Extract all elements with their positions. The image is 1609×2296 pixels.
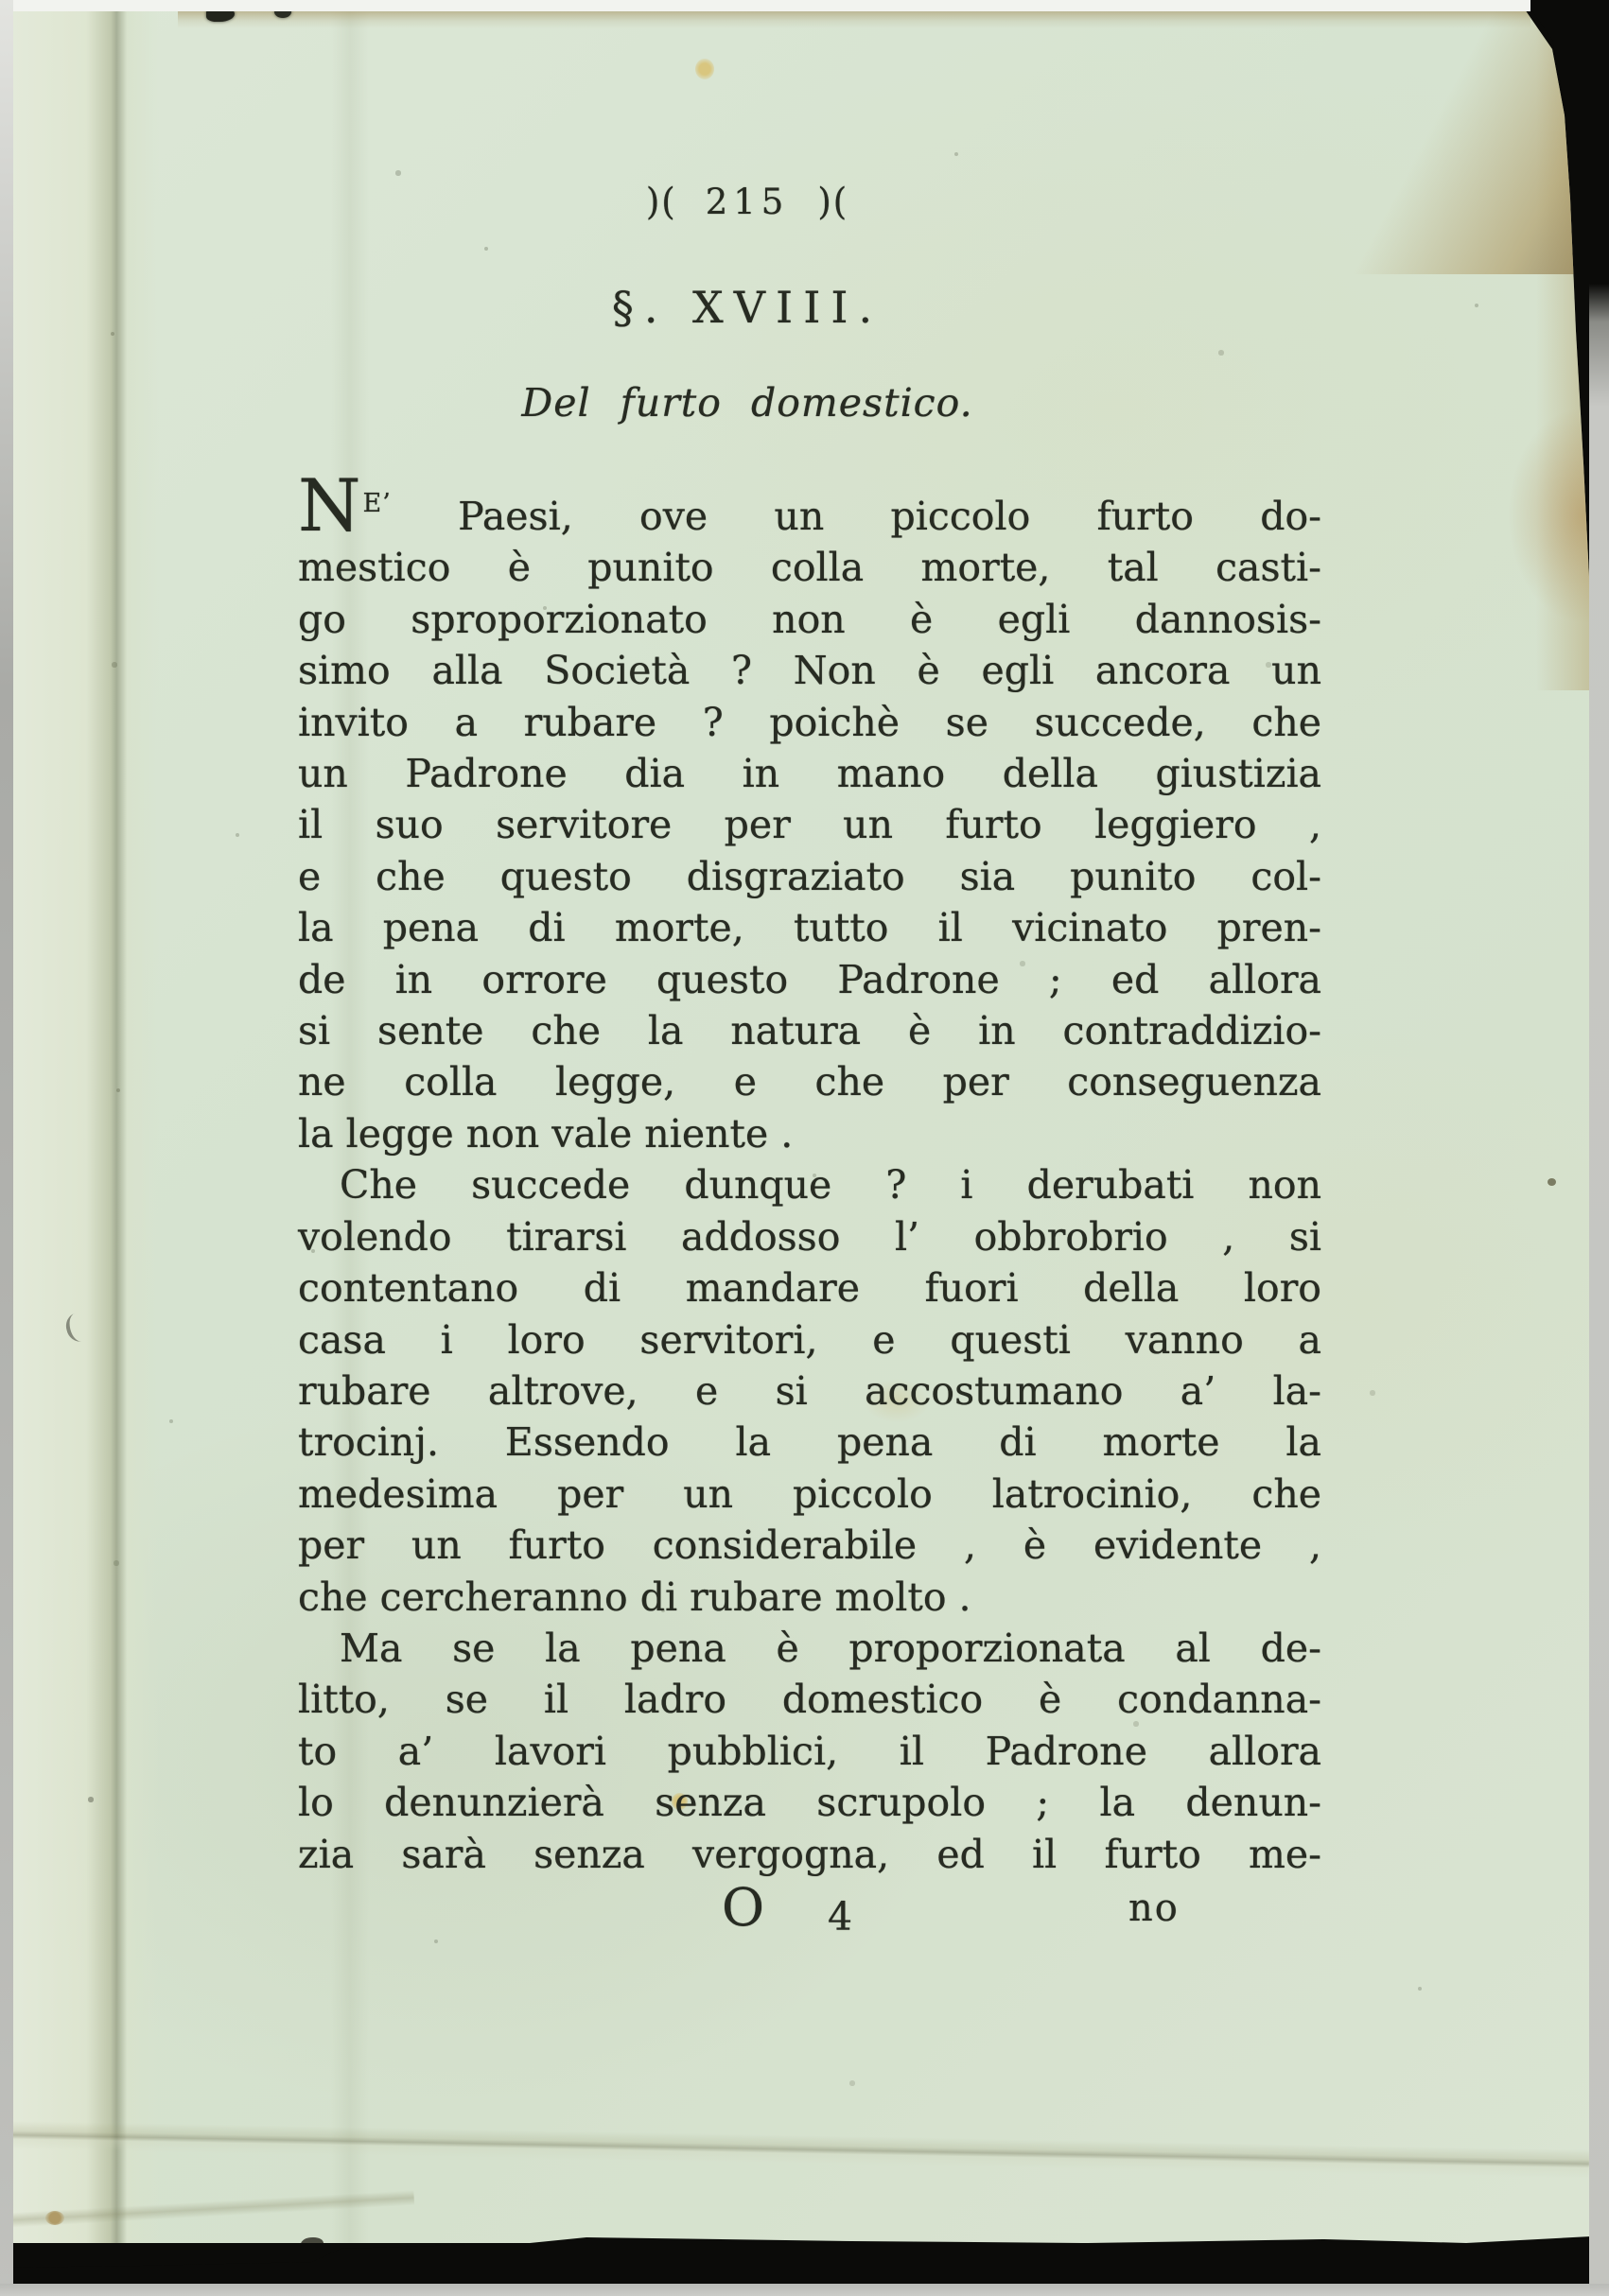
text-line: go sproporzionato non è egli dannosis- — [298, 594, 1321, 645]
text-line: la legge non vale niente . — [298, 1108, 1321, 1159]
text-line: litto, se il ladro domestico è condanna- — [298, 1674, 1321, 1725]
drop-cap-initial: N — [298, 463, 363, 548]
body-text-block: NE’ Paesi, ove un piccolo furto do-mesti… — [298, 491, 1321, 1880]
header-right-ornament: )( — [817, 181, 848, 223]
text-line: per un furto considerabile , è evidente … — [298, 1520, 1321, 1571]
raised-capital: E’ — [363, 489, 392, 518]
text-line: contentano di mandare fuori della loro — [298, 1262, 1321, 1313]
text-line: Che succede dunque ? i derubati non — [298, 1159, 1321, 1210]
scanned-book-page: )(215)( §. XVIII. Del furto domestico. N… — [0, 0, 1609, 2296]
text-line: trocinj. Essendo la pena di morte la — [298, 1417, 1321, 1468]
decorative-stain — [45, 2211, 64, 2225]
scanner-right-strip — [1589, 0, 1609, 2296]
right-edge-blotch — [1508, 407, 1589, 624]
text-line: zia sarà senza vergogna, ed il furto me- — [298, 1829, 1321, 1880]
text-line: si sente che la natura è in contraddizio… — [298, 1005, 1321, 1056]
bottom-crease — [8, 2121, 1589, 2179]
text-line: NE’ Paesi, ove un piccolo furto do- — [298, 491, 1321, 542]
decorative-stain — [1548, 1178, 1556, 1186]
text-line: mestico è punito colla morte, tal casti- — [298, 542, 1321, 593]
text-line: e che questo disgraziato sia punito col- — [298, 851, 1321, 902]
text-line: medesima per un piccolo latrocinio, che — [298, 1469, 1321, 1520]
text-line: la pena di morte, tutto il vicinato pren… — [298, 902, 1321, 953]
catchword: no — [1128, 1889, 1180, 1927]
gutter-fold — [8, 9, 159, 2243]
decorative-stain — [301, 2237, 324, 2251]
scanner-left-strip — [0, 0, 13, 2296]
page-number: 215 — [706, 182, 790, 222]
text-line: che cercheranno di rubare molto . — [298, 1572, 1321, 1623]
page-paper: )(215)( §. XVIII. Del furto domestico. N… — [8, 9, 1589, 2243]
text-line: casa i loro servitori, e questi vanno a — [298, 1314, 1321, 1365]
text-line: il suo servitore per un furto leggiero , — [298, 799, 1321, 850]
signature-number: 4 — [828, 1898, 852, 1937]
decorative-stain — [695, 59, 714, 79]
page-header: )(215)( — [284, 182, 1211, 222]
scanner-bottom-strip — [0, 2284, 1609, 2296]
section-heading: §. XVIII. — [284, 282, 1211, 333]
text-line: volendo tirarsi addosso l’ obbrobrio , s… — [298, 1211, 1321, 1262]
text-line: ne colla legge, e che per conseguenza — [298, 1056, 1321, 1107]
text-line: Ma se la pena è proporzionata al de- — [298, 1623, 1321, 1674]
text-line: de in orrore questo Padrone ; ed allora — [298, 954, 1321, 1005]
signature-mark: O — [722, 1882, 764, 1933]
signature-row: O 4 no — [298, 1882, 1321, 1957]
text-line: simo alla Società ? Non è egli ancora un — [298, 645, 1321, 696]
text-line: lo denunzierà senza scrupolo ; la denun- — [298, 1777, 1321, 1828]
text-line: rubare altrove, e si accostumano a’ la- — [298, 1365, 1321, 1417]
header-left-ornament: )( — [646, 181, 677, 223]
text-line: to a’ lavori pubblici, il Padrone allora — [298, 1726, 1321, 1777]
chapter-title: Del furto domestico. — [284, 380, 1211, 426]
text-line: invito a rubare ? poichè se succede, che — [298, 697, 1321, 748]
scanner-top-strip — [0, 0, 1530, 11]
text-line: un Padrone dia in mano della giustizia — [298, 748, 1321, 799]
